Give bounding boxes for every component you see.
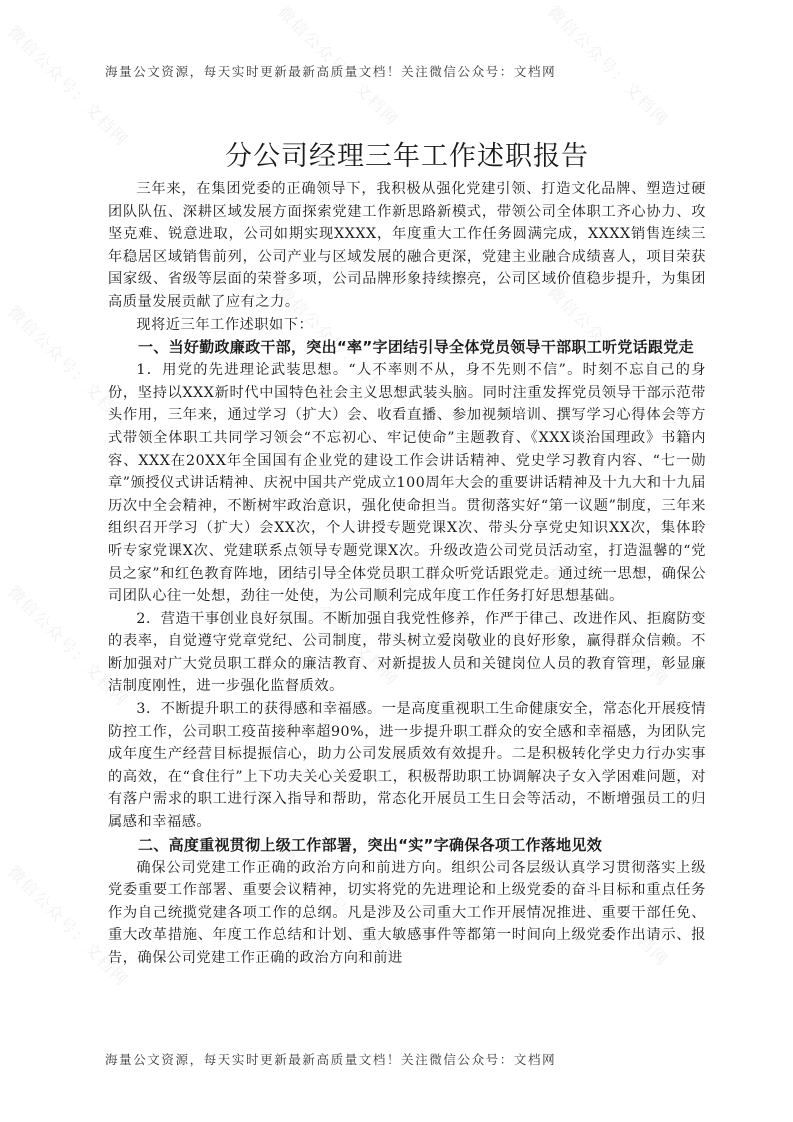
section1-paragraph: 1．用党的先进理论武装思想。“人不率则不从，身不先则不信”。时刻不忘自己的身份，… (108, 359, 706, 608)
header-note: 海量公文资源，每天实时更新最新高质量文档！关注微信公众号：文档网 (105, 62, 625, 80)
intro-lead: 现将近三年工作述职如下： (108, 314, 706, 337)
document-body: 分公司经理三年工作述职报告 三年来，在集团党委的正确领导下，我积极从强化党建引领… (108, 138, 706, 970)
section1-paragraph: 2．营造干事创业良好氛围。不断加强自我党性修养，作严于律己、改进作风、拒腐防变的… (108, 608, 706, 698)
section1-paragraph: 3．不断提升职工的获得感和幸福感。一是高度重视职工生命健康安全，常态化开展疫情防… (108, 698, 706, 834)
section-heading-1: 一、当好勤政廉政干部，突出“率”字团结引导全体党员领导干部职工听党话跟党走 (108, 336, 706, 359)
intro-paragraph: 三年来，在集团党委的正确领导下，我积极从强化党建引领、打造文化品牌、塑造过硬团队… (108, 178, 706, 314)
footer-note: 海量公文资源，每天实时更新最新高质量文档！关注微信公众号：文档网 (105, 1050, 625, 1068)
section-heading-2: 二、高度重视贯彻上级工作部署，突出“实”字确保各项工作落地见效 (108, 834, 706, 857)
section2-paragraph: 确保公司党建工作正确的政治方向和前进方向。组织公司各层级认真学习贯彻落实上级党委… (108, 857, 706, 970)
watermark: 微信公众号：文档网 (4, 20, 135, 151)
document-title: 分公司经理三年工作述职报告 (108, 138, 706, 176)
